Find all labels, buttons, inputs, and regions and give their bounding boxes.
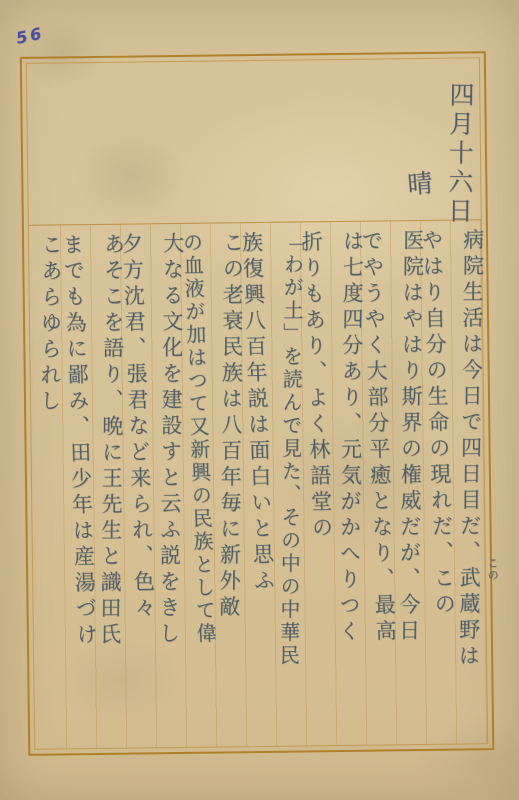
- scanned-sheet: 四月十六日 晴 病院生活は今日で四日目だ、武蔵野は やはり自分の生命の現れだ、こ…: [0, 0, 519, 800]
- weather-note: 晴: [406, 163, 441, 202]
- insertion-note: この: [486, 557, 501, 601]
- body-text: 病院生活は今日で四日目だ、武蔵野は やはり自分の生命の現れだ、この 医院はやはり…: [0, 0, 514, 3]
- text-column: こあらゆられし: [33, 233, 66, 533]
- date-heading: 四月十六日: [442, 81, 478, 239]
- manuscript-page: 56 四月十六日 晴 病院生活は今日で四日目だ、武蔵野は やはり自分の生命の現れ…: [0, 0, 519, 800]
